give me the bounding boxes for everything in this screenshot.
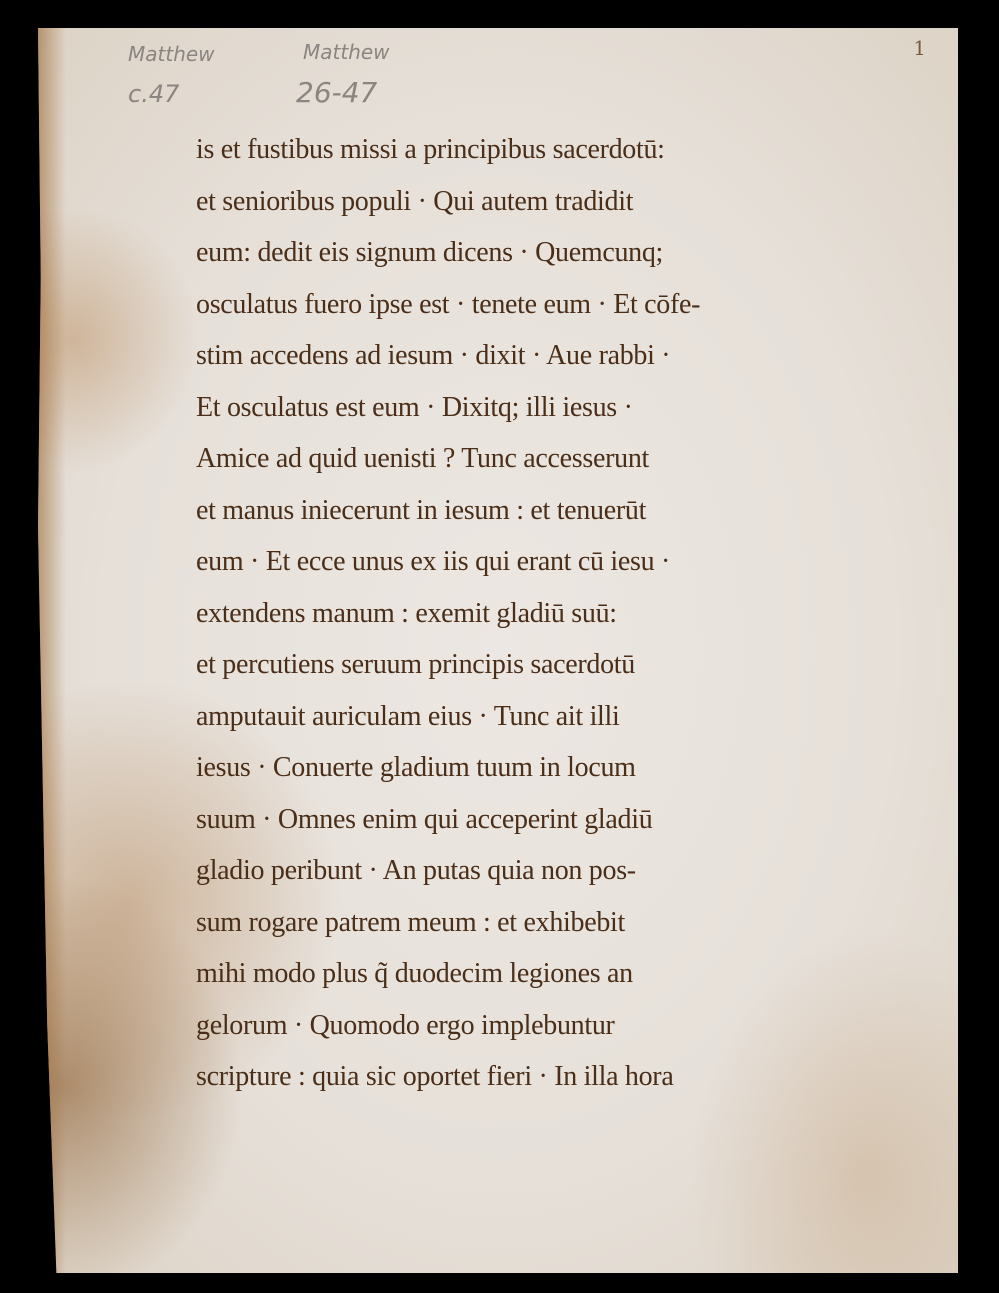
- text-line: mihi modo plus q̃ duodecim legiones an: [196, 948, 846, 1000]
- text-line: eum: dedit eis signum dicens · Quemcunq;: [196, 227, 846, 279]
- text-line: Et osculatus est eum · Dixitq; illi iesu…: [196, 382, 846, 434]
- text-line: Amice ad quid uenisti ? Tunc accesserunt: [196, 433, 846, 485]
- manuscript-leaf: Matthew c.47 Matthew 26-47 1 is et fusti…: [38, 28, 958, 1273]
- text-line: eum · Et ecce unus ex iis qui erant cū i…: [196, 536, 846, 588]
- text-line: et manus iniecerunt in iesum : et tenuer…: [196, 485, 846, 537]
- text-line: is et fustibus missi a principibus sacer…: [196, 124, 846, 176]
- text-line: suum · Omnes enim qui acceperint gladiū: [196, 794, 846, 846]
- text-line: stim accedens ad iesum · dixit · Aue rab…: [196, 330, 846, 382]
- text-line: iesus · Conuerte gladium tuum in locum: [196, 742, 846, 794]
- manuscript-text: is et fustibus missi a principibus sacer…: [196, 124, 846, 1103]
- folio-mark: 1: [913, 36, 926, 60]
- text-line: amputauit auriculam eius · Tunc ait illi: [196, 691, 846, 743]
- margin-note-center-1: Matthew: [303, 40, 390, 64]
- text-line: gelorum · Quomodo ergo implebuntur: [196, 1000, 846, 1052]
- margin-note-left-2: c.47: [128, 80, 179, 108]
- margin-note-left-1: Matthew: [128, 42, 215, 66]
- text-line: sum rogare patrem meum : et exhibebit: [196, 897, 846, 949]
- text-line: extendens manum : exemit gladiū suū:: [196, 588, 846, 640]
- water-stain: [38, 28, 66, 1273]
- text-line: osculatus fuero ipse est · tenete eum · …: [196, 279, 846, 331]
- text-line: et senioribus populi · Qui autem tradidi…: [196, 176, 846, 228]
- text-line: gladio peribunt · An putas quia non pos-: [196, 845, 846, 897]
- text-line: scripture : quia sic oportet fieri · In …: [196, 1051, 846, 1103]
- text-line: et percutiens seruum principis sacerdotū: [196, 639, 846, 691]
- margin-note-center-2: 26-47: [296, 76, 377, 109]
